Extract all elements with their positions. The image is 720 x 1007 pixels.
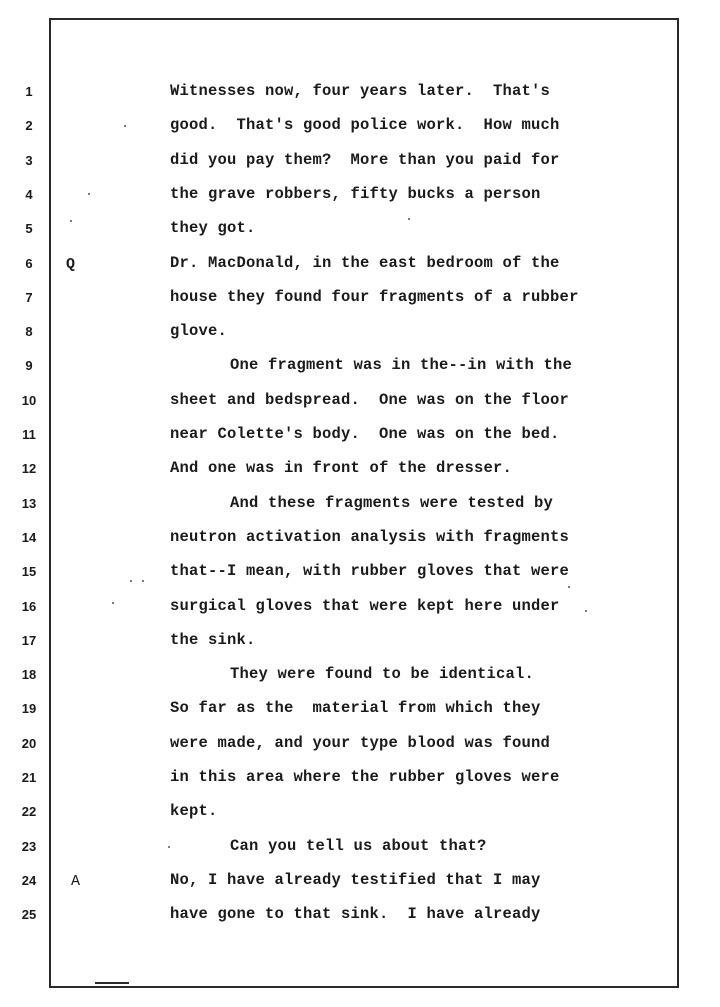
line-number: 6 xyxy=(18,256,40,271)
line-text: Dr. MacDonald, in the east bedroom of th… xyxy=(170,254,560,272)
line-number: 24 xyxy=(18,873,40,888)
line-text: near Colette's body. One was on the bed. xyxy=(170,425,560,443)
line-text: kept. xyxy=(170,802,218,820)
line-number: 11 xyxy=(18,427,40,442)
line-number: 3 xyxy=(18,153,40,168)
transcript-line: 17the sink. xyxy=(0,625,720,659)
line-number: 9 xyxy=(18,358,40,373)
scan-speck xyxy=(568,586,570,588)
transcript-line: 24ANo, I have already testified that I m… xyxy=(0,865,720,899)
scan-speck xyxy=(88,193,90,195)
transcript-line: 16surgical gloves that were kept here un… xyxy=(0,591,720,625)
transcript-line: 19So far as the material from which they xyxy=(0,693,720,727)
line-text: were made, and your type blood was found xyxy=(170,734,550,752)
line-text: house they found four fragments of a rub… xyxy=(170,288,579,306)
line-text: And these fragments were tested by xyxy=(230,494,553,512)
line-number: 16 xyxy=(18,599,40,614)
transcript-line: 3did you pay them? More than you paid fo… xyxy=(0,145,720,179)
transcript-line: 15that--I mean, with rubber gloves that … xyxy=(0,556,720,590)
line-text: No, I have already testified that I may xyxy=(170,871,541,889)
line-text: sheet and bedspread. One was on the floo… xyxy=(170,391,569,409)
transcript-line: 9One fragment was in the--in with the xyxy=(0,350,720,384)
transcript-line: 1Witnesses now, four years later. That's xyxy=(0,76,720,110)
margin-tick-mark xyxy=(95,982,129,984)
line-number: 18 xyxy=(18,667,40,682)
line-number: 22 xyxy=(18,804,40,819)
line-text: neutron activation analysis with fragmen… xyxy=(170,528,569,546)
line-number: 15 xyxy=(18,564,40,579)
transcript-line: 4the grave robbers, fifty bucks a person xyxy=(0,179,720,213)
transcript-line: 10sheet and bedspread. One was on the fl… xyxy=(0,385,720,419)
transcript-line: 22kept. xyxy=(0,796,720,830)
transcript-line: 13And these fragments were tested by xyxy=(0,488,720,522)
transcript-line: 8glove. xyxy=(0,316,720,350)
transcript-line: 25have gone to that sink. I have already xyxy=(0,899,720,933)
transcript-line: 5they got. xyxy=(0,213,720,247)
line-number: 21 xyxy=(18,770,40,785)
line-text: They were found to be identical. xyxy=(230,665,534,683)
transcript-line: 20were made, and your type blood was fou… xyxy=(0,728,720,762)
transcript-line: 21in this area where the rubber gloves w… xyxy=(0,762,720,796)
line-number: 12 xyxy=(18,461,40,476)
line-number: 25 xyxy=(18,907,40,922)
line-text: the sink. xyxy=(170,631,256,649)
line-text: Witnesses now, four years later. That's xyxy=(170,82,550,100)
transcript-line: 23Can you tell us about that? xyxy=(0,831,720,865)
line-text: the grave robbers, fifty bucks a person xyxy=(170,185,541,203)
line-number: 5 xyxy=(18,221,40,236)
scan-speck xyxy=(585,610,587,612)
scan-speck xyxy=(168,846,170,848)
transcript-line: 12And one was in front of the dresser. xyxy=(0,453,720,487)
line-number: 10 xyxy=(18,393,40,408)
line-text: they got. xyxy=(170,219,256,237)
line-text: in this area where the rubber gloves wer… xyxy=(170,768,560,786)
answer-marker: A xyxy=(71,873,80,890)
line-text: Can you tell us about that? xyxy=(230,837,487,855)
transcript-line: 14neutron activation analysis with fragm… xyxy=(0,522,720,556)
line-number: 17 xyxy=(18,633,40,648)
scan-speck xyxy=(408,218,410,220)
line-text: And one was in front of the dresser. xyxy=(170,459,512,477)
line-number: 20 xyxy=(18,736,40,751)
transcript-line: 7house they found four fragments of a ru… xyxy=(0,282,720,316)
scan-speck xyxy=(124,125,126,127)
line-text: One fragment was in the--in with the xyxy=(230,356,572,374)
line-number: 13 xyxy=(18,496,40,511)
line-number: 23 xyxy=(18,839,40,854)
line-number: 14 xyxy=(18,530,40,545)
line-text: have gone to that sink. I have already xyxy=(170,905,541,923)
line-number: 1 xyxy=(18,84,40,99)
line-text: surgical gloves that were kept here unde… xyxy=(170,597,560,615)
line-number: 4 xyxy=(18,187,40,202)
line-text: that--I mean, with rubber gloves that we… xyxy=(170,562,569,580)
transcript-line: 18They were found to be identical. xyxy=(0,659,720,693)
line-text: good. That's good police work. How much xyxy=(170,116,560,134)
scan-speck xyxy=(142,580,144,582)
line-number: 8 xyxy=(18,324,40,339)
line-number: 2 xyxy=(18,118,40,133)
line-text: So far as the material from which they xyxy=(170,699,541,717)
scan-speck xyxy=(130,580,132,582)
scan-speck xyxy=(112,602,114,604)
line-number: 7 xyxy=(18,290,40,305)
question-marker: Q xyxy=(66,256,75,273)
transcript-line: 2good. That's good police work. How much xyxy=(0,110,720,144)
transcript-line: 6QDr. MacDonald, in the east bedroom of … xyxy=(0,248,720,282)
line-text: glove. xyxy=(170,322,227,340)
scan-speck xyxy=(70,220,72,222)
line-text: did you pay them? More than you paid for xyxy=(170,151,560,169)
transcript-line: 11near Colette's body. One was on the be… xyxy=(0,419,720,453)
line-number: 19 xyxy=(18,701,40,716)
